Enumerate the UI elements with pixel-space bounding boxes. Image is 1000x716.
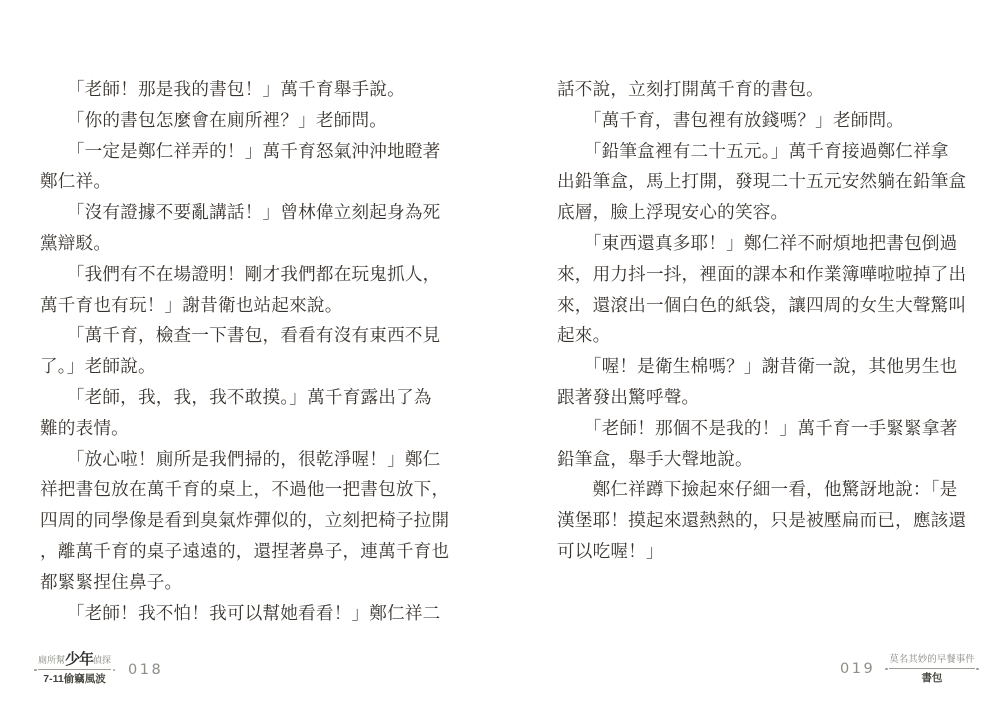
text-line: 「老師！那是我的書包！」萬千育舉手說。 xyxy=(40,76,470,107)
text-line: 「鉛筆盒裡有二十五元。」萬千育接過鄭仁祥拿 xyxy=(557,138,987,169)
text-line: 「東西還真多耶！」鄭仁祥不耐煩地把書包倒過 xyxy=(557,230,987,261)
series-title: 廁所幫少年偵探 xyxy=(38,653,111,667)
text-line: 底層，臉上浮現安心的笑容。 xyxy=(557,199,987,230)
text-line: 萬千育也有玩！」謝昔衛也站起來說。 xyxy=(40,292,470,323)
chapter-subtitle: 書包 xyxy=(889,671,975,685)
text-line: 話不說，立刻打開萬千育的書包。 xyxy=(557,76,987,107)
text-line: 「沒有證據不要亂講話！」曾林偉立刻起身為死 xyxy=(40,199,470,230)
text-line: 「喔！是衛生棉嗎？」謝昔衛一說，其他男生也 xyxy=(557,353,987,384)
footer-divider xyxy=(889,668,975,669)
series-title-block: 廁所幫少年偵探 7-11偷竊風波 xyxy=(38,653,111,686)
text-line: 「萬千育，檢查一下書包，看看有沒有東西不見 xyxy=(40,322,470,353)
text-line: 漢堡耶！摸起來還熱熱的，只是被壓扁而已，應該還 xyxy=(557,507,987,538)
text-line: 出鉛筆盒，馬上打開，發現二十五元安然躺在鉛筆盒 xyxy=(557,168,987,199)
text-line: 黨辯駁。 xyxy=(40,230,470,261)
left-page-text-column: 「老師！那是我的書包！」萬千育舉手說。 「你的書包怎麼會在廁所裡？」老師問。 「… xyxy=(40,76,470,630)
text-line: 起來。 xyxy=(557,322,987,353)
text-line: 來，還滾出一個白色的紙袋，讓四周的女生大聲驚叫 xyxy=(557,292,987,323)
page-number-left: 018 xyxy=(128,662,163,678)
series-subtitle: 7-11偷竊風波 xyxy=(38,672,111,686)
series-title-suffix: 偵探 xyxy=(93,655,111,665)
text-line: 來，用力抖一抖，裡面的課本和作業簿嘩啦啦掉了出 xyxy=(557,261,987,292)
text-line: 祥把書包放在萬千育的桌上，不過他一把書包放下， xyxy=(40,476,470,507)
text-line: 鄭仁祥蹲下撿起來仔細一看，他驚訝地說：「是 xyxy=(557,476,987,507)
text-line: 「放心啦！廁所是我們掃的，很乾淨喔！」鄭仁 xyxy=(40,446,470,477)
text-line: 「老師！我不怕！我可以幫她看看！」鄭仁祥二 xyxy=(40,600,470,631)
text-line: 「老師！那個不是我的！」萬千育一手緊緊拿著 xyxy=(557,415,987,446)
text-line: 了。」老師說。 xyxy=(40,353,470,384)
text-line: 四周的同學像是看到臭氣炸彈似的，立刻把椅子拉開 xyxy=(40,507,470,538)
series-title-prefix: 廁所幫 xyxy=(38,655,65,665)
left-page-footer: 廁所幫少年偵探 7-11偷竊風波 018 xyxy=(38,653,163,686)
text-line: 鉛筆盒，舉手大聲地說。 xyxy=(557,446,987,477)
page-number-right: 019 xyxy=(840,661,875,677)
chapter-title: 莫名其妙的早餐事件 xyxy=(889,653,975,666)
text-line: 「老師，我，我，我不敢摸。」萬千育露出了為 xyxy=(40,384,470,415)
book-spread: 「老師！那是我的書包！」萬千育舉手說。 「你的書包怎麼會在廁所裡？」老師問。 「… xyxy=(0,0,1000,716)
text-line: 「你的書包怎麼會在廁所裡？」老師問。 xyxy=(40,107,470,138)
text-line: 鄭仁祥。 xyxy=(40,168,470,199)
text-line: 難的表情。 xyxy=(40,415,470,446)
footer-divider xyxy=(38,669,111,670)
text-line: 可以吃喔！」 xyxy=(557,538,987,569)
text-line: 「萬千育，書包裡有放錢嗎？」老師問。 xyxy=(557,107,987,138)
text-line: 「一定是鄭仁祥弄的！」萬千育怒氣沖沖地瞪著 xyxy=(40,138,470,169)
chapter-title-block: 莫名其妙的早餐事件 書包 xyxy=(889,653,975,685)
text-line: ，離萬千育的桌子遠遠的，還捏著鼻子，連萬千育也 xyxy=(40,538,470,569)
right-page-text-column: 話不說，立刻打開萬千育的書包。 「萬千育，書包裡有放錢嗎？」老師問。 「鉛筆盒裡… xyxy=(557,76,987,569)
text-line: 都緊緊捏住鼻子。 xyxy=(40,569,470,600)
text-line: 跟著發出驚呼聲。 xyxy=(557,384,987,415)
series-title-emphasis: 少年 xyxy=(65,652,93,668)
right-page-footer: 019 莫名其妙的早餐事件 書包 xyxy=(840,653,975,685)
text-line: 「我們有不在場證明！剛才我們都在玩鬼抓人， xyxy=(40,261,470,292)
